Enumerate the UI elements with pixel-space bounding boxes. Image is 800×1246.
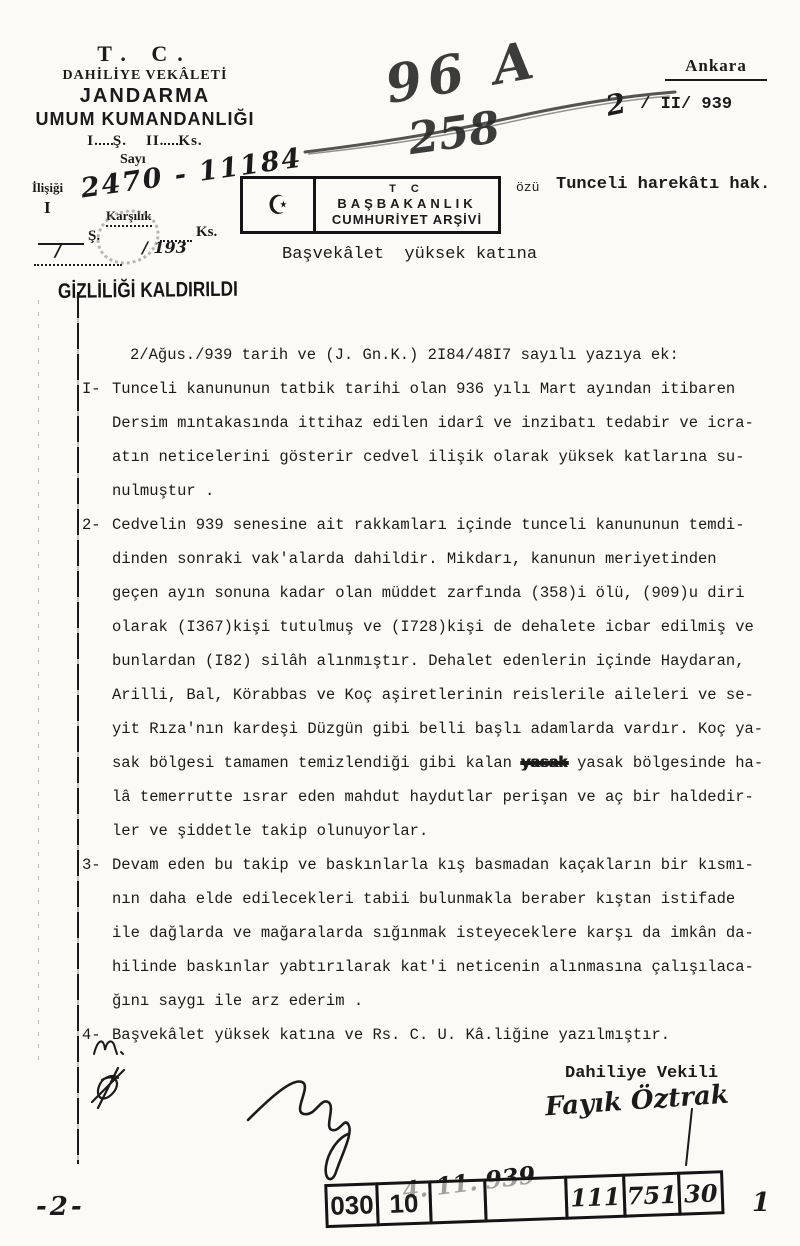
archive-stamp-text-box: T C BAŞBAKANLIK CUMHURİYET ARŞİVİ (313, 176, 501, 234)
page-number-right: 1 (752, 1188, 770, 1218)
document-page: T. C. DAHİLİYE VEKÂLETİ JANDARMA UMUM KU… (0, 0, 800, 1246)
branch-ii: II. (146, 133, 164, 149)
paragraph-line: Dersim mıntakasında ittihaz edilen idarî… (112, 406, 780, 440)
routing-stamp-grid: 030 10 111 751 30 (327, 1170, 724, 1228)
dotted-leader (164, 133, 178, 145)
ks-field-label: Ks. (196, 224, 217, 241)
pen-strike-line (300, 80, 680, 160)
paragraph-3: 3- Devam eden bu takip ve baskınlarla kı… (80, 848, 780, 1018)
paragraph-line: hilinde baskınlar yabtırılarak kat'i net… (112, 950, 780, 984)
ilisigi-label: İlişiği (32, 180, 63, 196)
left-margin-line (77, 292, 79, 1164)
routing-cell: 030 (324, 1182, 380, 1228)
city-label: Ankara (665, 56, 767, 81)
paragraph-line: nulmuştur . (112, 474, 780, 508)
crescent-star-icon: ☪ (269, 187, 287, 224)
paragraph-2: 2- Cedvelin 939 senesine ait rakkamları … (80, 508, 780, 848)
paragraph-2-number: 2- (82, 508, 101, 542)
paragraph-line: Cedvelin 939 senesine ait rakkamları içi… (112, 508, 780, 542)
archive-stamp-flag-box: ☪ (240, 176, 316, 234)
paragraph-line: ile dağlarda ve mağaralarda sığınmak ist… (112, 916, 780, 950)
slash-mark: / (55, 240, 62, 261)
signature-pen-tail (685, 1108, 693, 1166)
archive-stamp-line2: BAŞBAKANLIK (337, 196, 476, 212)
archive-stamp-line3: CUMHURİYET ARŞİVİ (332, 212, 482, 228)
paragraph-4: 4- Başvekâlet yüksek katına ve Rs. C. U.… (80, 1018, 780, 1052)
routing-cell-handwritten: 751 (622, 1172, 682, 1218)
margin-initials-scribble (88, 1032, 148, 1122)
routing-cell-handwritten: 111 (564, 1174, 626, 1220)
declassified-stamp: GİZLİLİĞİ KALDIRILDI (58, 278, 238, 304)
letterhead-ministry: DAHİLİYE VEKÂLETİ (30, 66, 260, 85)
intro-line: 2/Ağus./939 tarih ve (J. Gn.K.) 2I84/48I… (80, 338, 780, 372)
routing-cell-empty (428, 1178, 488, 1224)
round-stamp-smudge (89, 201, 167, 272)
paragraph-1: I- Tunceli kanununun tatbik tarihi olan … (80, 372, 780, 508)
subject-label: özü (516, 180, 539, 195)
paragraph-line: olarak (I367)kişi tutulmuş ve (I728)kişi… (112, 610, 780, 644)
letterhead-org2: UMUM KUMANDANLIĞI (30, 108, 260, 131)
signature-scribble (240, 1068, 370, 1188)
salutation-line: Başvekâlet yüksek katına (282, 245, 537, 264)
branch-s: Ş. (113, 133, 127, 149)
paragraph-1-number: I- (82, 372, 101, 406)
paragraph-line: Tunceli kanununun tatbik tarihi olan 936… (112, 372, 780, 406)
dotted-leader (99, 133, 113, 145)
dotted-line (34, 264, 122, 266)
letterhead: T. C. DAHİLİYE VEKÂLETİ JANDARMA UMUM KU… (30, 42, 260, 151)
paragraph-line: nın daha elde edilecekleri tabii bulunma… (112, 882, 780, 916)
paragraph-3-number: 3- (82, 848, 101, 882)
letterhead-org1: JANDARMA (30, 85, 260, 108)
page-number-left: -2- (36, 1192, 85, 1222)
letterhead-tc: T. C. (30, 42, 260, 66)
paragraph-line: Arilli, Bal, Körabbas ve Koç aşiretlerin… (112, 678, 780, 712)
paragraph-line: bunlardan (I82) silâh alınmıştır. Dehale… (112, 644, 780, 678)
routing-cell-handwritten: 30 (677, 1170, 725, 1216)
paragraph-line: Devam eden bu takip ve baskınlarla kış b… (112, 848, 780, 882)
routing-cell: 10 (375, 1180, 433, 1226)
paragraph-line: Başvekâlet yüksek katına ve Rs. C. U. Kâ… (112, 1018, 780, 1052)
branch-i: I. (87, 133, 99, 149)
paragraph-line: geçen ayın sonuna kadar olan müddet zarf… (112, 576, 780, 610)
paragraph-line: ğını saygı ile arz ederim . (112, 984, 780, 1018)
archive-stamp-line1: T C (389, 182, 425, 196)
line-segment: yasak bölgesinde ha- (568, 754, 763, 772)
paragraph-line: dinden sonraki vak'alarda dahildir. Mikd… (112, 542, 780, 576)
signer-title: Dahiliye Vekili (565, 1064, 718, 1083)
routing-cell-empty (483, 1176, 568, 1223)
signer-signature-handwritten: Fayık Öztrak (544, 1080, 730, 1123)
letterhead-branch: I.Ş. II.Ks. (30, 131, 260, 151)
left-edge-dotted-line (38, 300, 39, 1060)
paragraph-line: yit Rıza'nın kardeşi Düzgün gibi belli b… (112, 712, 780, 746)
line-segment: sak bölgesi tamamen temizlendiği gibi ka… (112, 754, 521, 772)
paragraph-line: lâ temerrutte ısrar eden mahdut haydutla… (112, 780, 780, 814)
paragraph-line: atın neticelerini gösterir cedvel ilişik… (112, 440, 780, 474)
body-text: 2/Ağus./939 tarih ve (J. Gn.K.) 2I84/48I… (80, 338, 780, 1052)
subject-text: Tunceli harekâtı hak. (556, 175, 770, 194)
branch-ks: Ks. (178, 133, 202, 149)
paragraph-line: ler ve şiddetle takip olunuyorlar. (112, 814, 780, 848)
paragraph-line-with-strikeout: sak bölgesi tamamen temizlendiği gibi ka… (112, 746, 780, 780)
struck-out-word: yasak (521, 754, 568, 772)
ilisigi-value: I (44, 198, 51, 218)
